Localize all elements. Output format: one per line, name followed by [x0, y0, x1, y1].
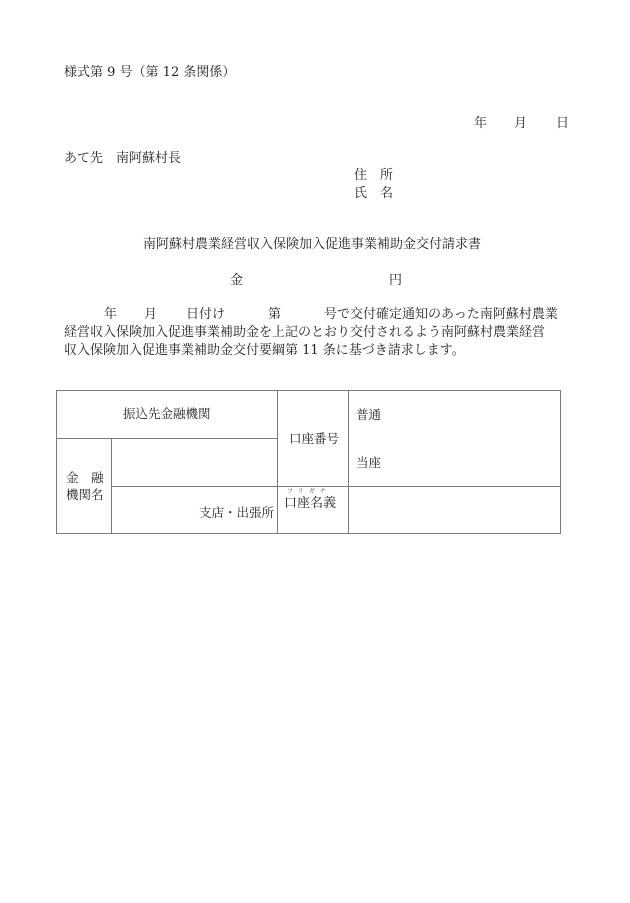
bank-name-input[interactable]: [113, 440, 275, 484]
account-holder-label: 口座名義: [284, 497, 336, 510]
account-holder-ruby: フリガナ: [287, 489, 331, 495]
bank-label-line2: 機関名: [66, 489, 104, 502]
bank-label-line1: 金 融: [66, 472, 104, 485]
table-border-bottom: [56, 533, 561, 534]
account-type-ordinary[interactable]: 普通: [356, 409, 381, 422]
table-border-right: [560, 390, 561, 534]
account-type-current[interactable]: 当座: [356, 457, 381, 470]
bank-transfer-table: 振込先金融機関 金 融 機関名 支店・出張所 口座番号 普通 当座 フリガナ 口…: [0, 0, 630, 903]
table-vline-center: [277, 390, 278, 534]
account-number-label: 口座番号: [289, 433, 339, 446]
account-holder-input[interactable]: [350, 488, 559, 532]
branch-name-input[interactable]: [113, 488, 203, 532]
table-hline-middle: [111, 486, 561, 487]
bank-header-label: 振込先金融機関: [123, 408, 211, 421]
table-border-top: [56, 390, 561, 391]
table-vline-bank-label: [111, 438, 112, 534]
account-number-input[interactable]: [385, 392, 559, 484]
table-hline-bank-header: [56, 438, 277, 439]
table-border-left: [56, 390, 57, 534]
branch-suffix-label: 支店・出張所: [199, 507, 274, 520]
table-vline-right: [348, 390, 349, 534]
